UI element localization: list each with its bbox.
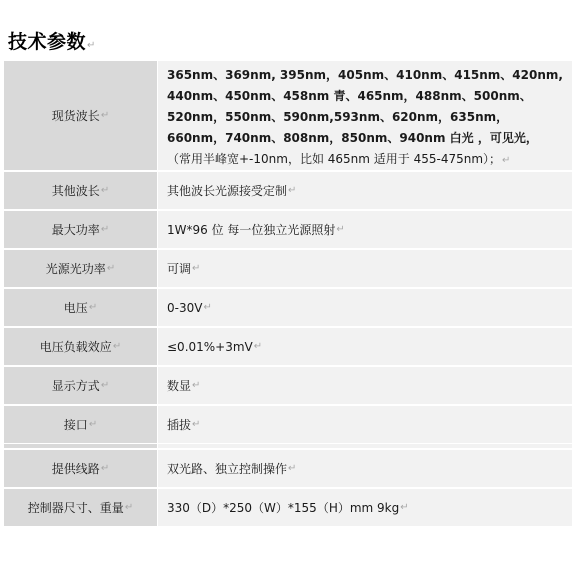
paragraph-mark-icon: ↵ [254, 341, 262, 352]
row-value-text: 365nm、369nm, 395nm，405nm、410nm、415nm、420… [167, 65, 565, 171]
row-label: 光源光功率↵ [4, 250, 158, 287]
paragraph-mark-icon: ↵ [336, 224, 344, 235]
row-value: 其他波长光源接受定制↵ [158, 172, 572, 209]
row-value-text: 插拔 [167, 416, 191, 433]
row-value: 插拔↵ [158, 406, 572, 443]
row-label: 电压负载效应↵ [4, 328, 158, 365]
row-label-text: 显示方式 [52, 377, 100, 394]
paragraph-mark-icon: ↵ [101, 110, 109, 121]
row-value: 330（D）*250（W）*155（H）mm 9kg↵ [158, 489, 572, 526]
paragraph-mark-icon: ↵ [288, 185, 296, 196]
row-label-text: 其他波长 [52, 182, 100, 199]
paragraph-mark-icon: ↵ [502, 155, 510, 166]
wavelength-list: 365nm、369nm, 395nm，405nm、410nm、415nm、420… [167, 68, 563, 145]
row-label: 接口↵ [4, 406, 158, 443]
table-row-circuit: 提供线路↵ 双光路、独立控制操作↵ [4, 450, 572, 487]
spec-table: 现货波长↵ 365nm、369nm, 395nm，405nm、410nm、415… [4, 61, 572, 528]
table-row-voltage: 电压↵ 0-30V↵ [4, 289, 572, 326]
row-value-text: 数显 [167, 377, 191, 394]
section-title: 技术参数↵ [8, 27, 96, 54]
paragraph-mark-icon: ↵ [192, 380, 200, 391]
row-value: 0-30V↵ [158, 289, 572, 326]
row-value: 365nm、369nm, 395nm，405nm、410nm、415nm、420… [158, 61, 572, 170]
paragraph-mark-icon: ↵ [89, 302, 97, 313]
row-value: 1W*96 位 每一位独立光源照射↵ [158, 211, 572, 248]
row-value-text: ≤0.01%+3mV [167, 340, 253, 354]
row-value-text: 0-30V [167, 301, 202, 315]
row-value: 数显↵ [158, 367, 572, 404]
paragraph-mark-icon: ↵ [101, 224, 109, 235]
table-row-other-wavelength: 其他波长↵ 其他波长光源接受定制↵ [4, 172, 572, 209]
table-row-display-mode: 显示方式↵ 数显↵ [4, 367, 572, 404]
row-value-text: 1W*96 位 每一位独立光源照射 [167, 221, 335, 238]
row-value: 双光路、独立控制操作↵ [158, 450, 572, 487]
paragraph-mark-icon: ↵ [192, 263, 200, 274]
paragraph-mark-icon: ↵ [101, 463, 109, 474]
row-value-text: 330（D）*250（W）*155（H）mm 9kg [167, 499, 399, 516]
row-label-text: 控制器尺寸、重量 [28, 499, 124, 516]
paragraph-mark-icon: ↵ [89, 419, 97, 430]
paragraph-mark-icon: ↵ [203, 302, 211, 313]
paragraph-mark-icon: ↵ [400, 502, 408, 513]
paragraph-mark-icon: ↵ [288, 463, 296, 474]
paragraph-mark-icon: ↵ [101, 185, 109, 196]
row-value-text: 其他波长光源接受定制 [167, 182, 287, 199]
paragraph-mark-icon: ↵ [107, 263, 115, 274]
row-label-text: 电压 [64, 299, 88, 316]
row-label: 其他波长↵ [4, 172, 158, 209]
row-value-text: 双光路、独立控制操作 [167, 460, 287, 477]
row-label: 电压↵ [4, 289, 158, 326]
row-label: 最大功率↵ [4, 211, 158, 248]
row-label: 现货波长↵ [4, 61, 158, 170]
wavelength-note: （常用半峰宽+-10nm，比如 465nm 适用于 455-475nm）； [167, 152, 501, 166]
paragraph-mark-icon: ↵ [125, 502, 133, 513]
table-row-light-power: 光源光功率↵ 可调↵ [4, 250, 572, 287]
row-label: 提供线路↵ [4, 450, 158, 487]
table-row-size-weight: 控制器尺寸、重量↵ 330（D）*250（W）*155（H）mm 9kg↵ [4, 489, 572, 526]
row-label-text: 接口 [64, 416, 88, 433]
row-label-text: 提供线路 [52, 460, 100, 477]
row-label-text: 光源光功率 [46, 260, 106, 277]
paragraph-mark-icon: ↵ [113, 341, 121, 352]
table-row-wavelength: 现货波长↵ 365nm、369nm, 395nm，405nm、410nm、415… [4, 61, 572, 170]
section-title-text: 技术参数 [8, 31, 86, 53]
row-label-text: 现货波长 [52, 107, 100, 124]
paragraph-mark-icon: ↵ [192, 419, 200, 430]
row-label-text: 最大功率 [52, 221, 100, 238]
row-label-text: 电压负载效应 [40, 338, 112, 355]
row-value: 可调↵ [158, 250, 572, 287]
row-label: 显示方式↵ [4, 367, 158, 404]
row-label: 控制器尺寸、重量↵ [4, 489, 158, 526]
paragraph-mark-icon: ↵ [87, 40, 96, 51]
row-value: ≤0.01%+3mV↵ [158, 328, 572, 365]
table-row-interface: 接口↵ 插拔↵ [4, 406, 572, 443]
paragraph-mark-icon: ↵ [101, 380, 109, 391]
row-value-text: 可调 [167, 260, 191, 277]
table-row-max-power: 最大功率↵ 1W*96 位 每一位独立光源照射↵ [4, 211, 572, 248]
table-row-voltage-load-effect: 电压负载效应↵ ≤0.01%+3mV↵ [4, 328, 572, 365]
